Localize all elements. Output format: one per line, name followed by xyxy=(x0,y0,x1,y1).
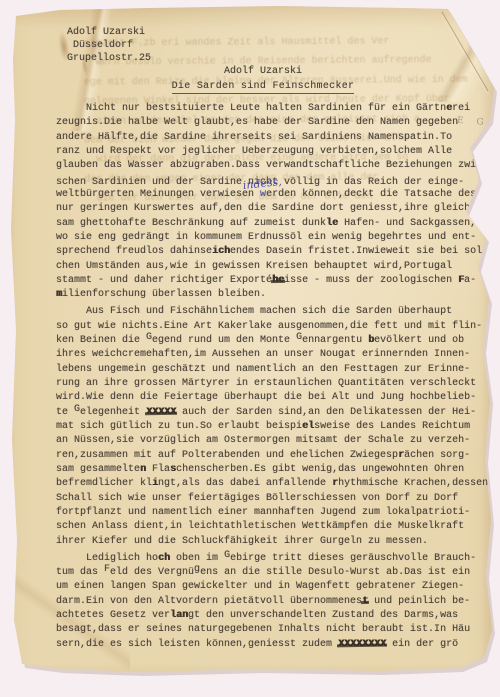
raised-type: F xyxy=(104,564,110,575)
text-line: um einen langen Span gewickelter und in … xyxy=(56,580,498,594)
text-line: sern,die es sich leisten können,geniesst… xyxy=(56,638,498,652)
paragraph: Lediglich hoch oben im Gebirge tritt die… xyxy=(56,552,498,652)
text-line: ken Beinen die Gegend rund um den Monte … xyxy=(56,334,498,348)
text-line: schen Anlass dient,in leichtathletischen… xyxy=(56,520,498,534)
overtyped-text: ch xyxy=(158,553,170,564)
text-line: Aus Fisch und Fischähnlichem machen sich… xyxy=(56,305,498,319)
text-line: ihres weichcremehaften,im Aussehen an un… xyxy=(56,348,498,362)
text-line: darm.Ein von den Altvordern pietätvoll ü… xyxy=(56,595,498,609)
scanned-letter-page: nigzeit F.zb eri wandes Zeit als Hausmit… xyxy=(0,0,500,697)
text-line: lebens ungemein geschätzt und namentlich… xyxy=(56,363,498,377)
text-line: zeugnis.Die halbe Welt glaubt,es habe de… xyxy=(56,116,498,130)
sender-address: Adolf UzarskiDüsseldorfGrupellostr.25 xyxy=(67,26,151,66)
text-line: nur geringen Kurswertes auf,den die Sard… xyxy=(56,202,498,216)
paper-sheet: nigzeit F.zb eri wandes Zeit als Hausmit… xyxy=(0,0,500,697)
sender-line: Adolf Uzarski xyxy=(67,26,151,39)
overtyped-text: b xyxy=(368,335,374,346)
text-line: fortpflanzt und namentlich einer mannhaf… xyxy=(56,506,498,520)
text-line: sam gesammelten Flaschenscherben.Es gibt… xyxy=(56,463,498,477)
overtyped-text: r xyxy=(398,450,404,461)
ink-smudged-text: w xyxy=(260,189,266,200)
text-line: te Gelegenheit XXXXX auch der Sarden sin… xyxy=(56,406,498,420)
text-line: so gut wie nichts.Eine Art Kakerlake aus… xyxy=(56,320,498,334)
text-line: sam ghettohafte Beschränkung auf zumeist… xyxy=(56,217,498,231)
struck-out-word: XXXXX xyxy=(146,407,176,418)
text-line: rung an ihre grossen Märtyrer in erstaun… xyxy=(56,377,498,391)
overtyped-text: F xyxy=(458,275,464,286)
raised-type: G xyxy=(74,404,80,415)
pencil-mark: E G xyxy=(457,116,489,128)
raised-type: G xyxy=(224,550,230,561)
text-line: an Nüssen,sie vorzüglich am Ostermorgen … xyxy=(56,434,498,448)
text-line: stammt - und daher richtiger Exportéheis… xyxy=(56,274,498,288)
text-line: Nicht nur bestsituierte Leute halten Sar… xyxy=(56,102,498,116)
raised-type: G xyxy=(296,332,302,343)
sender-line: Grupellostr.25 xyxy=(67,52,151,65)
overtyped-text: i xyxy=(152,478,158,489)
text-line: ranz und Respekt vor jeglicher Ueberzeug… xyxy=(56,145,498,159)
overtyped-text: ich xyxy=(212,246,230,257)
text-line: ren,zusammen mit auf Polterabenden und e… xyxy=(56,449,498,463)
text-line: achtetes Gesetz verlangt den unverschand… xyxy=(56,609,498,623)
text-line: sprechend freudlos dahinseichendes Dasei… xyxy=(56,245,498,259)
document-title: Die Sarden sind Feinschmecker xyxy=(56,80,470,95)
text-line: besagt,dass er seines naturgegebenen Inh… xyxy=(56,623,498,637)
text-line: chen Umständen aus,wie in gewissen Kreis… xyxy=(56,260,498,274)
text-line: wo sie eng gedrängt in kommunem Erdnussö… xyxy=(56,231,498,245)
text-line: weltbürgerten Meinungen verwiesen werden… xyxy=(56,188,498,202)
text-line: andere Hälfte,die Sardine ihrerseits sei… xyxy=(56,131,498,145)
overtyped-text: m xyxy=(56,289,62,300)
raised-type: G xyxy=(146,332,152,343)
overtyped-text: s xyxy=(170,464,176,475)
sender-line: Düsseldorf xyxy=(67,39,151,52)
text-line: befremdlicher klingt,als das dabei anfal… xyxy=(56,477,498,491)
text-line: tum das Feld des Vergnügens an die still… xyxy=(56,566,498,580)
document-heading: Adolf Uzarski Die Sarden sind Feinschmec… xyxy=(56,65,470,94)
paragraph: Nicht nur bestsituierte Leute halten Sar… xyxy=(56,102,498,303)
struck-out-word: XXXXXXXX xyxy=(338,639,386,650)
text-line: Schall sich wie unser feiertägiges Bölle… xyxy=(56,492,498,506)
struck-out-word: t xyxy=(362,596,368,607)
handwritten-insert: indess, xyxy=(242,179,243,193)
paragraph: Aus Fisch und Fischähnlichem machen sich… xyxy=(56,305,498,549)
letter-body: Nicht nur bestsituierte Leute halten Sar… xyxy=(56,102,498,652)
text-line: mat sich gütlich zu tun.So erlaubt beisp… xyxy=(56,420,498,434)
text-line: ihrer Kiefer und die Schluckfähigkeit ih… xyxy=(56,535,498,549)
overtyped-text: n xyxy=(140,464,146,475)
author-name: Adolf Uzarski xyxy=(56,65,470,80)
overtyped-text: lan xyxy=(170,610,188,621)
text-line: schen Sardinien und der Sardine indess, … xyxy=(56,174,498,188)
text-line: wird.Wie denn die Feiertage überhaupt di… xyxy=(56,391,498,405)
overtyped-text: le xyxy=(326,218,338,229)
struck-out-word: he xyxy=(272,275,284,286)
overtyped-text: e xyxy=(446,103,452,114)
overtyped-text: r xyxy=(332,478,338,489)
raised-type: g xyxy=(194,564,200,575)
text-line: milienforschung überlassen bleiben. xyxy=(56,288,498,302)
text-line: Lediglich hoch oben im Gebirge tritt die… xyxy=(56,552,498,566)
text-line: glauben das Wasser abzugraben.Dass verwa… xyxy=(56,159,498,173)
overtyped-text: el xyxy=(302,421,314,432)
